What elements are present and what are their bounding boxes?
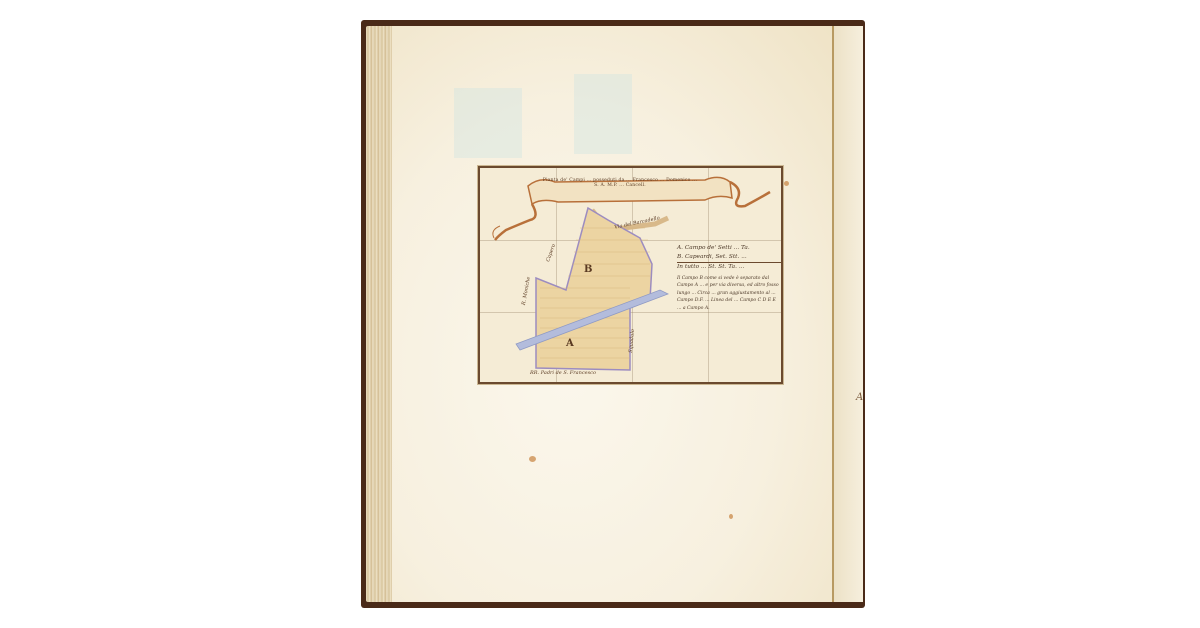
legend-note: Il Campo B come si vede è separato dal C… [677, 275, 781, 312]
foxing-spot [529, 456, 536, 462]
facing-page [834, 26, 863, 602]
page-edges [366, 26, 394, 602]
field-outline [536, 208, 652, 370]
offset-stain [454, 88, 522, 158]
plot-label-a: A [566, 338, 574, 349]
legend-line-b: B. Capeardi, Set. Stt. ... [677, 253, 781, 262]
plot-label-b: B [584, 264, 592, 275]
offset-stain [574, 74, 632, 154]
map-title: Pianta de' Campi ... posseduti da ... Fr… [540, 178, 700, 188]
estate-map: Pianta de' Campi ... posseduti da ... Fr… [478, 166, 783, 384]
legend-line-a: A. Campo de' Setti ... Ta. [677, 244, 781, 253]
border-label-bottom: RR. Padri de S. Francesco [530, 370, 596, 376]
legend-line-total: In tutto ... St. St. Ta. ... [677, 262, 781, 272]
foxing-spot [729, 514, 733, 519]
foxing-spot [784, 181, 789, 186]
map-legend: A. Campo de' Setti ... Ta. B. Capeardi, … [677, 244, 781, 312]
facing-page-mark: A [856, 392, 863, 403]
